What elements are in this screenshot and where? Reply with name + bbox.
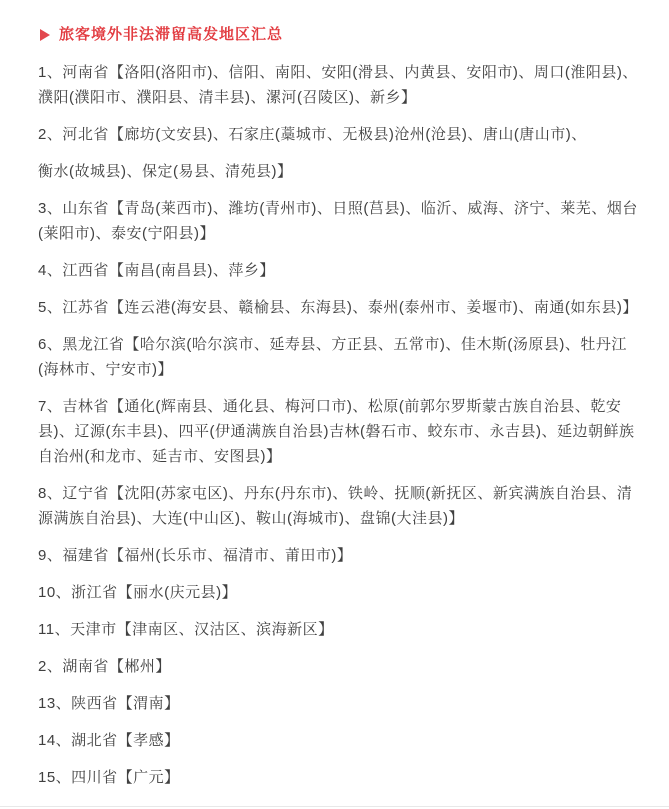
- region-paragraph: 4、江西省【南昌(南昌县)、萍乡】: [38, 258, 641, 283]
- region-paragraph: 11、天津市【津南区、汉沽区、滨海新区】: [38, 617, 641, 642]
- region-paragraph: 3、山东省【青岛(莱西市)、潍坊(青州市)、日照(莒县)、临沂、威海、济宁、莱芜…: [38, 196, 641, 246]
- region-paragraph: 9、福建省【福州(长乐市、福清市、莆田市)】: [38, 543, 641, 568]
- region-paragraph: 衡水(故城县)、保定(易县、清苑县)】: [38, 159, 641, 184]
- bottom-divider: [0, 806, 669, 807]
- section-title-row: 旅客境外非法滞留高发地区汇总: [40, 26, 641, 44]
- region-paragraph: 5、江苏省【连云港(海安县、赣榆县、东海县)、泰州(泰州市、姜堰市)、南通(如东…: [38, 295, 641, 320]
- page-title: 旅客境外非法滞留高发地区汇总: [59, 26, 283, 44]
- region-paragraph: 15、四川省【广元】: [38, 765, 641, 790]
- region-paragraph: 7、吉林省【通化(辉南县、通化县、梅河口市)、松原(前郭尔罗斯蒙古族自治县、乾安…: [38, 394, 641, 469]
- red-right-triangle-icon: [40, 29, 50, 41]
- region-paragraph: 6、黑龙江省【哈尔滨(哈尔滨市、延寿县、方正县、五常市)、佳木斯(汤原县)、牡丹…: [38, 332, 641, 382]
- article-page: 旅客境外非法滞留高发地区汇总 1、河南省【洛阳(洛阳市)、信阳、南阳、安阳(滑县…: [0, 0, 669, 809]
- region-paragraph: 2、河北省【廊坊(文安县)、石家庄(藁城市、无极县)沧州(沧县)、唐山(唐山市)…: [38, 122, 641, 147]
- region-paragraph: 8、辽宁省【沈阳(苏家屯区)、丹东(丹东市)、铁岭、抚顺(新抚区、新宾满族自治县…: [38, 481, 641, 531]
- region-paragraph: 2、湖南省【郴州】: [38, 654, 641, 679]
- region-paragraph: 14、湖北省【孝感】: [38, 728, 641, 753]
- region-paragraph: 1、河南省【洛阳(洛阳市)、信阳、南阳、安阳(滑县、内黄县、安阳市)、周口(淮阳…: [38, 60, 641, 110]
- region-paragraph: 13、陕西省【渭南】: [38, 691, 641, 716]
- region-paragraph: 10、浙江省【丽水(庆元县)】: [38, 580, 641, 605]
